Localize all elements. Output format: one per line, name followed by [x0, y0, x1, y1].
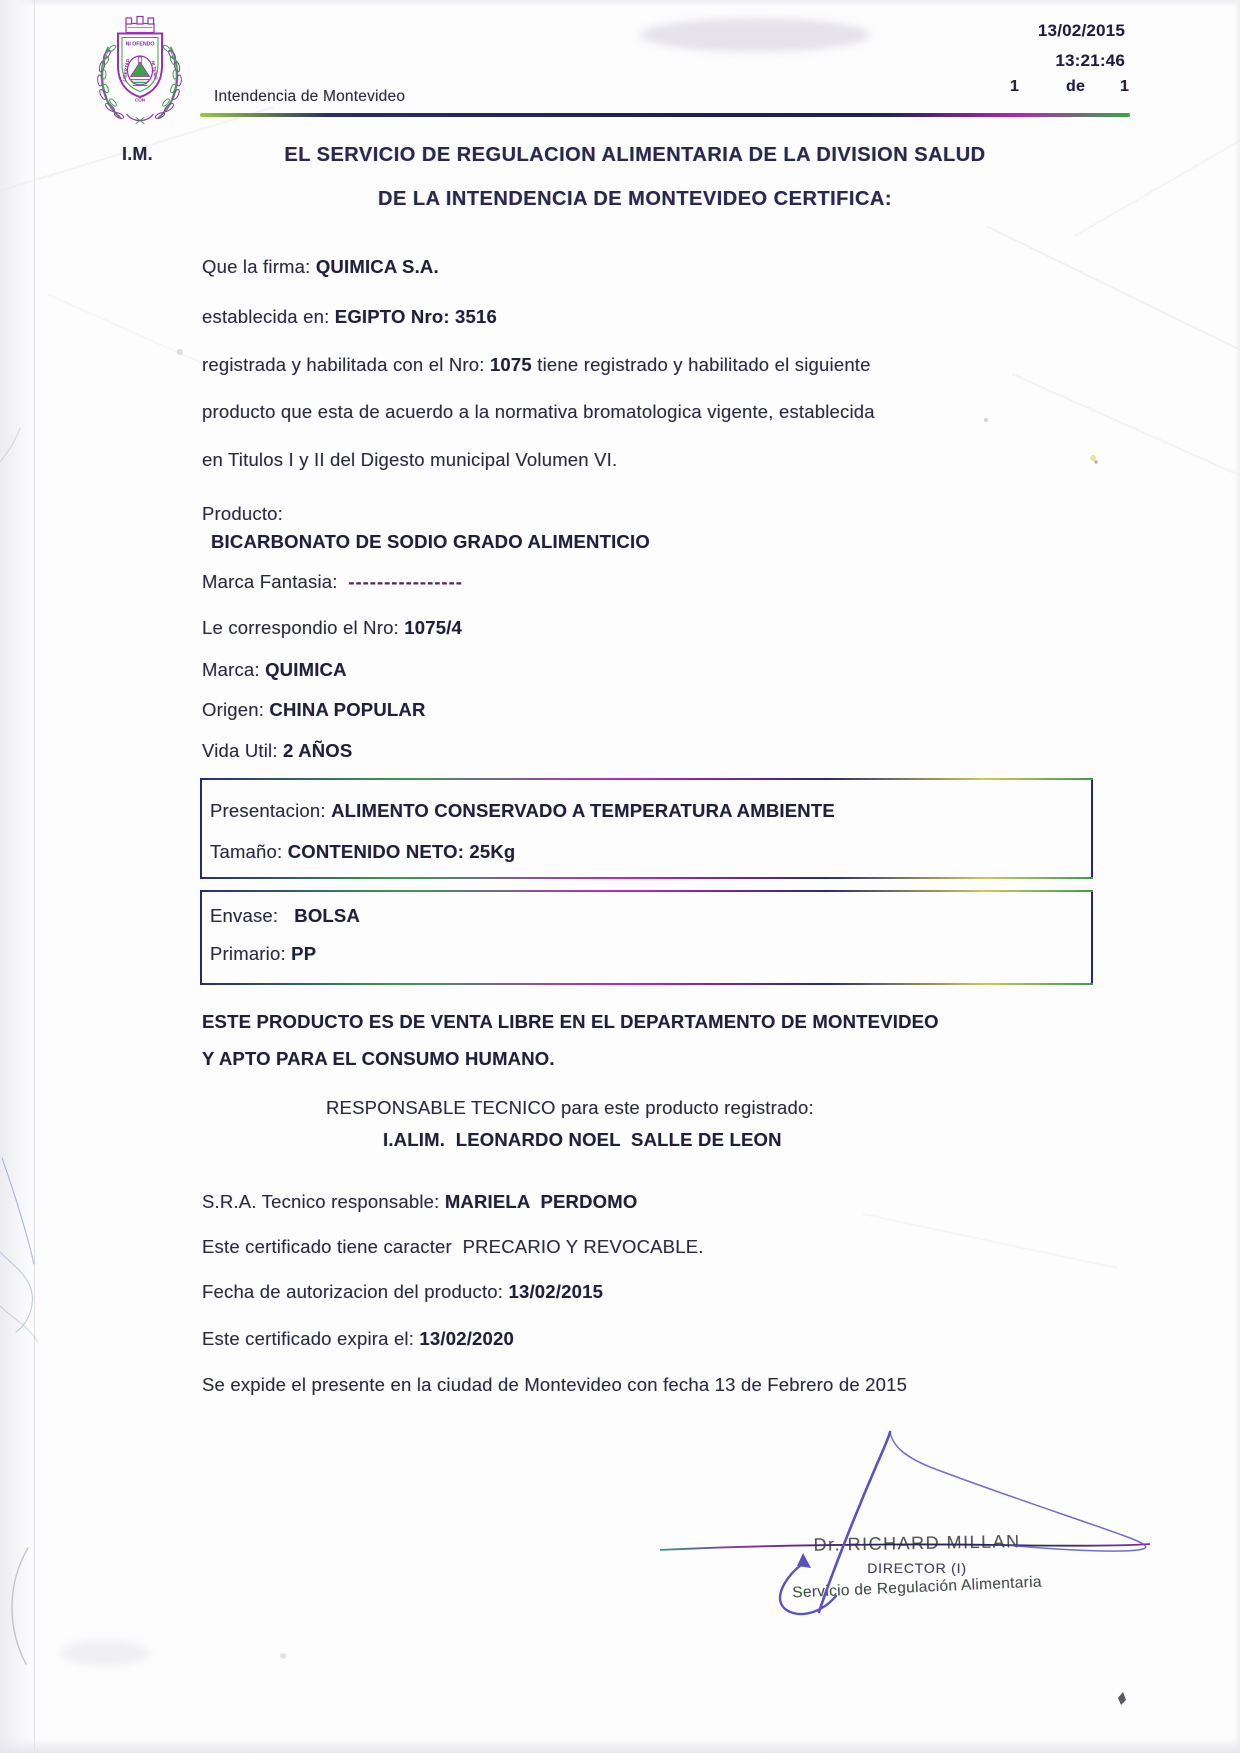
registrada-pre: registrada y habilitada con el Nro: — [202, 354, 490, 375]
tamano-value: CONTENIDO NETO: 25Kg — [288, 841, 516, 862]
correspondio-label: Le correspondio el Nro: — [202, 617, 404, 638]
paper-edge-right — [1234, 0, 1240, 1753]
origen-value: CHINA POPULAR — [269, 699, 425, 720]
signature-block: Dr. RICHARD MILLAN DIRECTOR (I) Servicio… — [757, 0, 1077, 1597]
envase-value: BOLSA — [294, 905, 360, 926]
autorizacion-value: 13/02/2015 — [508, 1281, 603, 1302]
producto-value: BICARBONATO DE SODIO GRADO ALIMENTICIO — [211, 531, 650, 552]
marca-fantasia-value: ---------------- — [348, 571, 463, 592]
establecida-line: establecida en: EGIPTO Nro: 3516 — [202, 306, 497, 327]
expira-line: Este certificado expira el: 13/02/2020 — [202, 1328, 514, 1349]
paper-crease — [1074, 125, 1240, 237]
envase-line: Envase: BOLSA — [210, 905, 360, 926]
paper-edge-left — [0, 0, 35, 1753]
tamano-label: Tamaño: — [210, 841, 288, 862]
tamano-line: Tamaño: CONTENIDO NETO: 25Kg — [210, 841, 515, 862]
presentacion-label: Presentacion: — [210, 800, 331, 821]
venta-libre-line2: Y APTO PARA EL CONSUMO HUMANO. — [202, 1048, 555, 1069]
registrada-value: 1075 — [490, 354, 532, 375]
primario-value: PP — [291, 943, 316, 964]
firma-line: Que la firma: QUIMICA S.A. — [202, 256, 439, 277]
primario-line: Primario: PP — [210, 943, 316, 964]
vida-util-line: Vida Util: 2 AÑOS — [202, 740, 352, 761]
org-name: Intendencia de Montevideo — [214, 88, 405, 106]
expira-value: 13/02/2020 — [419, 1328, 514, 1349]
sra-label: S.R.A. Tecnico responsable: — [202, 1191, 445, 1212]
envase-label: Envase: — [210, 905, 294, 926]
vida-util-value: 2 AÑOS — [283, 740, 352, 761]
sra-value: MARIELA PERDOMO — [445, 1191, 638, 1212]
marca-fantasia-line: Marca Fantasia: ---------------- — [202, 571, 463, 592]
autorizacion-label: Fecha de autorizacion del producto: — [202, 1281, 508, 1302]
correspondio-line: Le correspondio el Nro: 1075/4 — [202, 617, 462, 638]
im-label: I.M. — [122, 144, 153, 165]
responsable-tecnico-line: RESPONSABLE TECNICO para este producto r… — [326, 1097, 814, 1118]
paper-crease — [47, 293, 212, 368]
firma-label: Que la firma: — [202, 256, 316, 277]
marca-label: Marca: — [202, 659, 265, 680]
scanned-certificate-page: NI OFENDO LIBERTAD NI TEMO CON Intendenc… — [0, 0, 1240, 1753]
origen-line: Origen: CHINA POPULAR — [202, 699, 426, 720]
crest-motto-top: NI OFENDO — [126, 42, 155, 48]
crest-motto-bottom: CON — [135, 98, 146, 103]
signer-name: Dr. RICHARD MILLAN — [757, 1530, 1077, 1556]
caracter-line: Este certificado tiene caracter PRECARIO… — [202, 1236, 704, 1257]
montevideo-crest-icon: NI OFENDO LIBERTAD NI TEMO CON — [87, 14, 192, 130]
paper-edge-bottom — [0, 1738, 1240, 1753]
primario-label: Primario: — [210, 943, 291, 964]
firma-value: QUIMICA S.A. — [316, 256, 439, 277]
scanner-smudge — [60, 1640, 150, 1666]
autorizacion-line: Fecha de autorizacion del producto: 13/0… — [202, 1281, 603, 1302]
expira-label: Este certificado expira el: — [202, 1328, 419, 1349]
vida-util-label: Vida Util: — [202, 740, 283, 761]
establecida-label: establecida en: — [202, 306, 335, 327]
presentacion-line: Presentacion: ALIMENTO CONSERVADO A TEMP… — [210, 800, 835, 821]
marca-value: QUIMICA — [265, 659, 347, 680]
origen-label: Origen: — [202, 699, 269, 720]
establecida-value: EGIPTO Nro: 3516 — [335, 306, 497, 327]
producto-label: Producto: — [202, 503, 283, 524]
sra-line: S.R.A. Tecnico responsable: MARIELA PERD… — [202, 1191, 637, 1212]
marca-fantasia-label: Marca Fantasia: — [202, 571, 348, 592]
page-number-total: 1 — [1120, 78, 1129, 96]
signer-office: Servicio de Regulación Alimentaria — [757, 1572, 1077, 1604]
correspondio-value: 1075/4 — [404, 617, 462, 638]
responsable-nombre: I.ALIM. LEONARDO NOEL SALLE DE LEON — [383, 1129, 782, 1150]
marca-line: Marca: QUIMICA — [202, 659, 347, 680]
producto-parrafo2: en Titulos I y II del Digesto municipal … — [202, 449, 617, 470]
